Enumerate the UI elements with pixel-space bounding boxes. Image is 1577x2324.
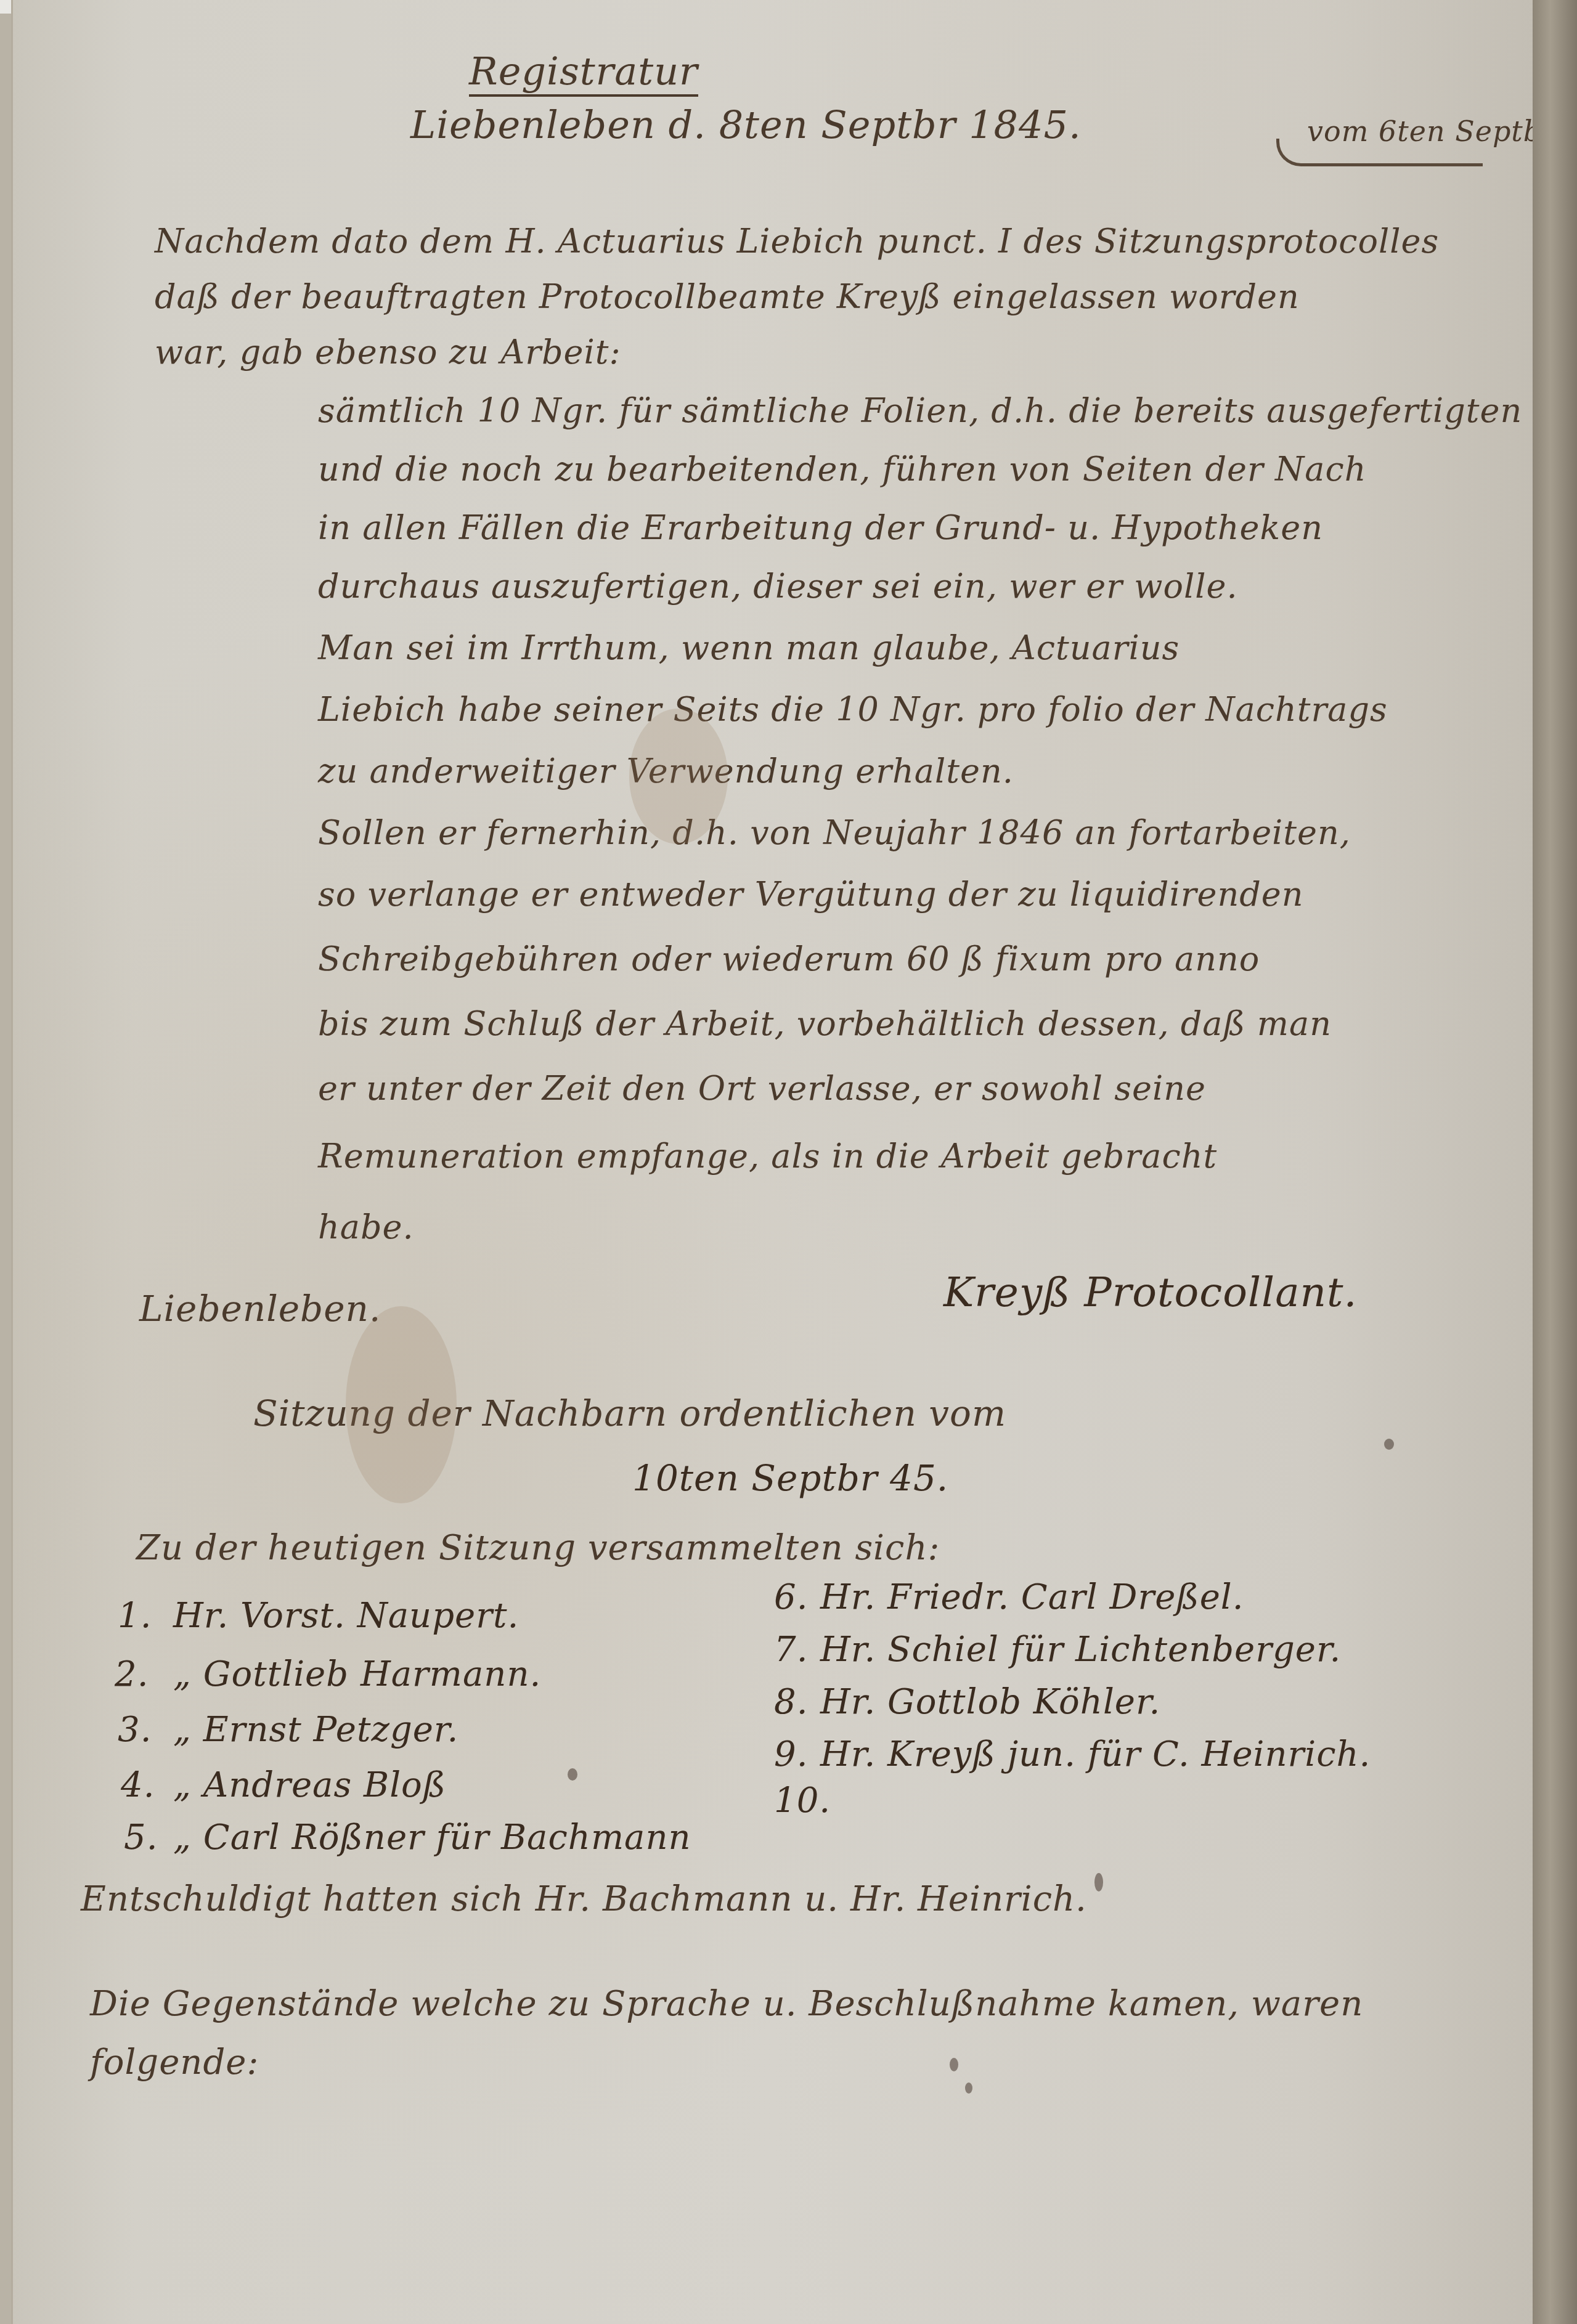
attendee-number: 3. — [118, 1713, 152, 1747]
attendee-name: „ Ernst Petzger. — [173, 1713, 458, 1747]
book-binding-edge — [1533, 0, 1577, 2324]
signature: Kreyß Protocollant. — [943, 1272, 1358, 1313]
text-line: in allen Fällen die Erarbeitung der Grun… — [318, 511, 1323, 545]
ink-stain — [568, 1768, 577, 1781]
foxing-stain — [629, 709, 728, 844]
attendee-number: 9. — [774, 1737, 808, 1772]
text-line: bis zum Schluß der Arbeit, vorbehältlich… — [318, 1007, 1332, 1041]
ink-stain — [1094, 1873, 1103, 1891]
manuscript-page: Registratur Liebenleben d. 8ten Septbr 1… — [11, 0, 1535, 2324]
attendee-name: „ Gottlieb Harmann. — [173, 1657, 541, 1692]
margin-note: vom 6ten Septbr. — [1307, 117, 1563, 145]
excused-line: Entschuldigt hatten sich Hr. Bachmann u.… — [81, 1882, 1087, 1917]
ink-stain — [1384, 1439, 1394, 1450]
attendee-number: 2. — [115, 1657, 149, 1692]
text-line: und die noch zu bearbeitenden, führen vo… — [318, 453, 1367, 486]
attendee-name: Hr. Schiel für Lichtenberger. — [820, 1633, 1341, 1667]
attendee-number: 4. — [121, 1768, 155, 1803]
text-line: daß der beauftragten Protocollbeamte Kre… — [155, 280, 1300, 314]
foxing-stain — [346, 1306, 457, 1503]
ink-stain — [950, 2058, 958, 2071]
attendee-number: 10. — [774, 1784, 831, 1818]
text-line: Liebich habe seiner Seits die 10 Ngr. pr… — [318, 693, 1388, 726]
ink-stain — [965, 2082, 972, 2094]
place-date: Liebenleben d. 8ten Septbr 1845. — [410, 106, 1082, 144]
text-line: Nachdem dato dem H. Actuarius Liebich pu… — [155, 225, 1439, 258]
agenda-intro-line: Die Gegenstände welche zu Sprache u. Bes… — [90, 1987, 1363, 2021]
text-line: war, gab ebenso zu Arbeit: — [155, 336, 621, 369]
attendee-name: „ Carl Rößner für Bachmann — [173, 1821, 691, 1855]
attendee-number: 7. — [774, 1633, 808, 1667]
session-date: 10ten Septbr 45. — [632, 1460, 948, 1496]
attendee-number: 5. — [124, 1821, 158, 1855]
attendee-number: 6. — [774, 1580, 808, 1615]
text-line: Man sei im Irrthum, wenn man glaube, Act… — [318, 632, 1180, 665]
closing-place: Liebenleben. — [139, 1291, 381, 1327]
agenda-intro-line: folgende: — [90, 2046, 259, 2080]
text-line: habe. — [318, 1211, 414, 1244]
attendee-name: Hr. Gottlob Köhler. — [820, 1685, 1160, 1720]
attendee-name: „ Andreas Bloß — [173, 1768, 446, 1803]
attendee-name: Hr. Vorst. Naupert. — [173, 1599, 519, 1633]
text-line: er unter der Zeit den Ort verlasse, er s… — [318, 1072, 1206, 1105]
attendee-number: 8. — [774, 1685, 808, 1720]
document-title: Registratur — [469, 52, 698, 97]
session-intro: Zu der heutigen Sitzung versammelten sic… — [136, 1531, 940, 1566]
text-line: Sollen er fernerhin, d.h. von Neujahr 18… — [318, 816, 1351, 850]
text-line: Schreibgebühren oder wiederum 60 ß fixum… — [318, 943, 1260, 976]
text-line: so verlange er entweder Vergütung der zu… — [318, 878, 1304, 911]
text-line: Remuneration empfange, als in die Arbeit… — [318, 1140, 1217, 1173]
text-line: sämtlich 10 Ngr. für sämtliche Folien, d… — [318, 394, 1522, 428]
attendee-name: Hr. Friedr. Carl Dreßel. — [820, 1580, 1244, 1615]
attendee-name: Hr. Kreyß jun. für C. Heinrich. — [820, 1737, 1371, 1772]
attendee-number: 1. — [118, 1599, 152, 1633]
text-line: durchaus auszufertigen, dieser sei ein, … — [318, 570, 1238, 603]
